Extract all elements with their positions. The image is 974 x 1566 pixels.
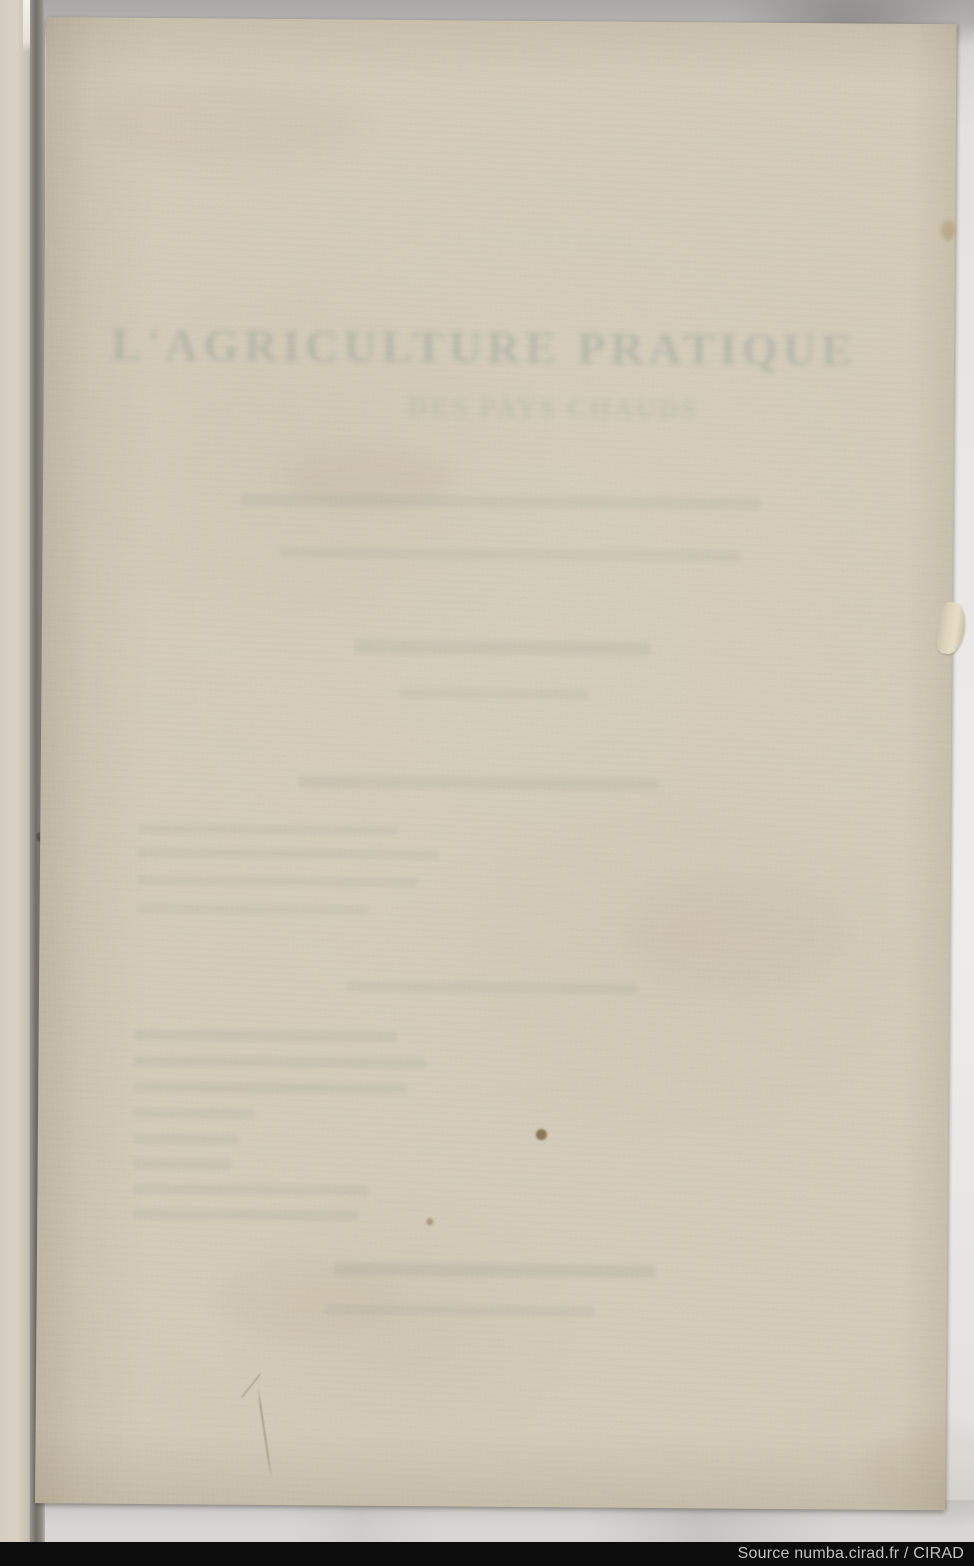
ghost-line [347, 982, 637, 994]
ghost-line [133, 1209, 358, 1221]
ghost-line [280, 547, 740, 562]
ghost-line [138, 904, 368, 915]
ghost-line [134, 1134, 239, 1145]
book-page: L'AGRICULTURE PRATIQUE DES PAYS CHAUDS [35, 17, 957, 1510]
ghost-line [133, 1184, 368, 1196]
ghost-line [399, 688, 589, 699]
ghost-line [138, 876, 418, 887]
paper-stain [426, 1218, 433, 1225]
ghost-line [135, 1030, 397, 1042]
ghost-subtitle: DES PAYS CHAUDS [294, 391, 814, 426]
ghost-line [134, 1056, 426, 1068]
ghost-line [355, 640, 650, 656]
paper-stain [941, 220, 955, 240]
ghost-line [134, 1159, 232, 1170]
paper-stain [216, 1259, 397, 1340]
ghost-line [299, 775, 659, 791]
paper-stain [629, 872, 850, 994]
ghost-line [134, 1082, 406, 1094]
ghost-text-layer: L'AGRICULTURE PRATIQUE DES PAYS CHAUDS [35, 17, 957, 1510]
ghost-line [138, 824, 398, 835]
ghost-line [335, 1262, 655, 1278]
scan-viewport: L'AGRICULTURE PRATIQUE DES PAYS CHAUDS S… [0, 0, 974, 1566]
ghost-line [134, 1108, 254, 1119]
watermark-text: Source numba.cirad.fr / CIRAD [738, 1545, 974, 1563]
ghost-title: L'AGRICULTURE PRATIQUE [104, 318, 864, 377]
ghost-line [138, 848, 438, 859]
paper-stain [536, 1129, 547, 1140]
watermark-bar: Source numba.cirad.fr / CIRAD [0, 1542, 974, 1566]
left-page-edge-strip [0, 0, 31, 1545]
